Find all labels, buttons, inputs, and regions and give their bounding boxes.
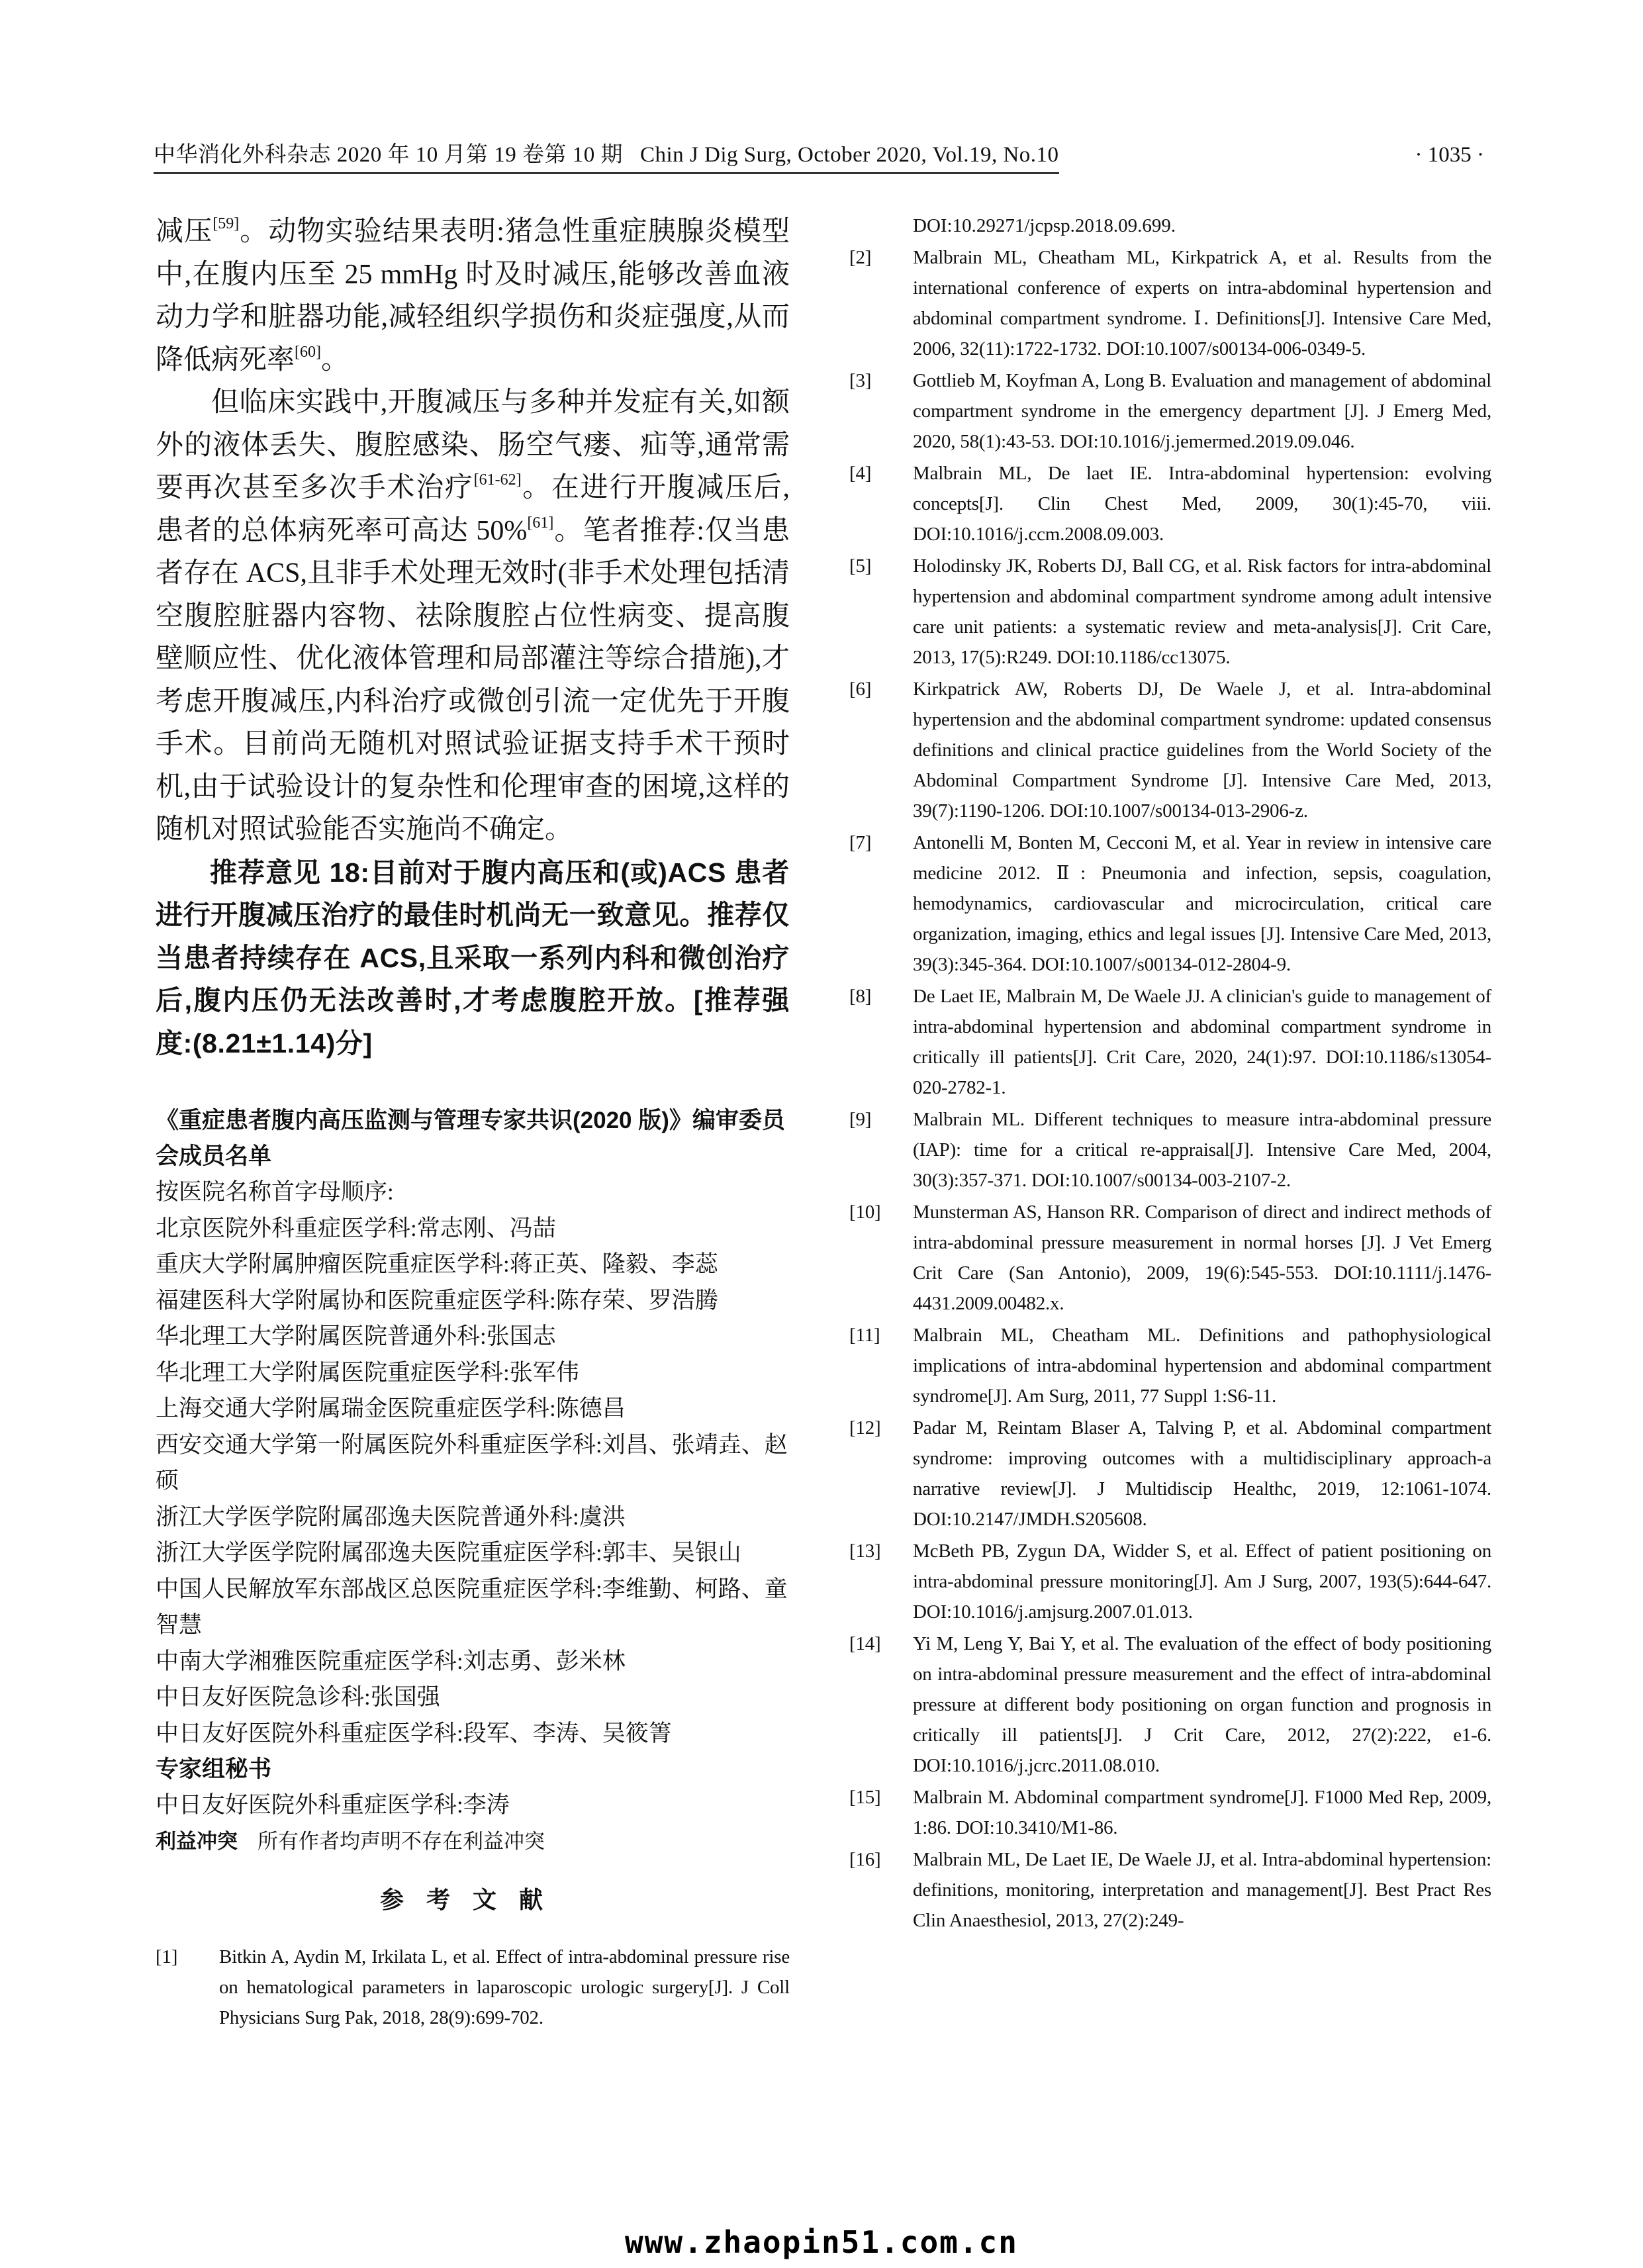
reference-item: [13]McBeth PB, Zygun DA, Widder S, et al… [849,1536,1491,1627]
reference-text: Bitkin A, Aydin M, Irkilata L, et al. Ef… [219,1946,790,2028]
reference-item: [7]Antonelli M, Bonten M, Cecconi M, et … [849,827,1491,980]
right-column: DOI:10.29271/jcpsp.2018.09.699. [2]Malbr… [849,211,1491,1937]
coi-label: 利益冲突 [156,1830,238,1853]
conflict-of-interest: 利益冲突所有作者均声明不存在利益冲突 [156,1824,790,1860]
reference-number: [3] [849,365,871,396]
citation-link[interactable]: [61] [527,514,553,532]
committee-member: 浙江大学医学院附属邵逸夫医院重症医学科:郭丰、吴银山 [156,1535,790,1572]
reference-number: [12] [849,1413,881,1443]
page-number: · 1035 · [1415,139,1484,171]
committee-member: 西安交通大学第一附属医院外科重症医学科:刘昌、张靖垚、赵硕 [156,1427,790,1499]
references-heading: 参考文献 [156,1882,790,1918]
committee-member: 福建医科大学附属协和医院重症医学科:陈存荣、罗浩腾 [156,1283,790,1319]
reference-number: [8] [849,981,871,1012]
citation-link[interactable]: [61-62] [474,471,522,489]
citation-link[interactable]: [59] [212,215,239,232]
journal-title-cn: 中华消化外科杂志 2020 年 10 月第 19 卷第 10 期 [154,143,623,167]
reference-text: McBeth PB, Zygun DA, Widder S, et al. Ef… [913,1540,1491,1623]
reference-number: [7] [849,827,871,858]
reference-text: Malbrain ML, Cheatham ML, Kirkpatrick A,… [913,247,1491,359]
body-paragraph-1: 减压[59]。动物实验结果表明:猪急性重症胰腺炎模型中,在腹内压至 25 mmH… [156,211,790,381]
reference-number: [13] [849,1536,881,1566]
reference-item: [9]Malbrain ML. Different techniques to … [849,1104,1491,1196]
text-run: 减压 [156,216,212,247]
reference-text: Malbrain ML, De Laet IE, De Waele JJ, et… [913,1849,1491,1931]
left-column: 减压[59]。动物实验结果表明:猪急性重症胰腺炎模型中,在腹内压至 25 mmH… [156,211,790,2034]
committee-title: 《重症患者腹内高压监测与管理专家共识(2020 版)》编审委员会成员名单 [156,1103,790,1174]
reference-number: [1] [156,1942,177,1972]
reference-item: [5]Holodinsky JK, Roberts DJ, Ball CG, e… [849,551,1491,673]
reference-text: Malbrain ML. Different techniques to mea… [913,1109,1491,1191]
committee-member: 北京医院外科重症医学科:常志刚、冯喆 [156,1211,790,1247]
reference-item: [12]Padar M, Reintam Blaser A, Talving P… [849,1413,1491,1535]
journal-citation-line: 中华消化外科杂志 2020 年 10 月第 19 卷第 10 期Chin J D… [154,139,1059,174]
committee-member: 上海交通大学附属瑞金医院重症医学科:陈德昌 [156,1391,790,1427]
reference-item: [6]Kirkpatrick AW, Roberts DJ, De Waele … [849,674,1491,826]
reference-item: [2]Malbrain ML, Cheatham ML, Kirkpatrick… [849,242,1491,364]
secretary-title: 专家组秘书 [156,1752,790,1787]
committee-member: 中日友好医院急诊科:张国强 [156,1679,790,1716]
reference-item: [11]Malbrain ML, Cheatham ML. Definition… [849,1320,1491,1411]
reference-number: [9] [849,1104,871,1135]
reference-number: [16] [849,1844,881,1875]
reference-number: [11] [849,1320,880,1350]
reference-text: De Laet IE, Malbrain M, De Waele JJ. A c… [913,986,1491,1098]
committee-member: 中南大学湘雅医院重症医学科:刘志勇、彭米林 [156,1644,790,1680]
reference-text: Malbrain M. Abdominal compartment syndro… [913,1787,1491,1838]
reference-number: [15] [849,1782,881,1813]
reference-text: Antonelli M, Bonten M, Cecconi M, et al.… [913,832,1491,975]
reference-item: [3]Gottlieb M, Koyfman A, Long B. Evalua… [849,365,1491,457]
watermark-url: www.zhaopin51.com.cn [0,2224,1643,2260]
running-header: 中华消化外科杂志 2020 年 10 月第 19 卷第 10 期Chin J D… [154,139,1484,176]
committee-member: 华北理工大学附属医院普通外科:张国志 [156,1319,790,1355]
reference-continuation[interactable]: DOI:10.29271/jcpsp.2018.09.699. [849,211,1491,241]
reference-number: [6] [849,674,871,704]
journal-title-en: Chin J Dig Surg, October 2020, Vol.19, N… [640,143,1059,167]
reference-text: Yi M, Leng Y, Bai Y, et al. The evaluati… [913,1633,1491,1776]
committee-member: 浙江大学医学院附属邵逸夫医院普通外科:虞洪 [156,1499,790,1536]
reference-text: Munsterman AS, Hanson RR. Comparison of … [913,1202,1491,1314]
reference-number: [4] [849,458,871,489]
citation-link[interactable]: [60] [295,344,321,361]
reference-text: Padar M, Reintam Blaser A, Talving P, et… [913,1417,1491,1530]
committee-member: 中国人民解放军东部战区总医院重症医学科:李维勤、柯路、童智慧 [156,1572,790,1644]
secretary-member: 中日友好医院外科重症医学科:李涛 [156,1787,790,1824]
text-run: 。动物实验结果表明:猪急性重症胰腺炎模型中,在腹内压至 25 mmHg 时及时减… [156,216,790,375]
reference-item: [8]De Laet IE, Malbrain M, De Waele JJ. … [849,981,1491,1103]
reference-text: Malbrain ML, Cheatham ML. Definitions an… [913,1325,1491,1407]
recommendation-18: 推荐意见 18:目前对于腹内高压和(或)ACS 患者进行开腹减压治疗的最佳时机尚… [156,851,790,1065]
reference-item: [16]Malbrain ML, De Laet IE, De Waele JJ… [849,1844,1491,1936]
committee-order-note: 按医院名称首字母顺序: [156,1174,790,1211]
committee-member: 华北理工大学附属医院重症医学科:张军伟 [156,1355,790,1392]
text-run: 。 [321,345,349,375]
reference-number: [2] [849,242,871,273]
reference-number: [5] [849,551,871,581]
reference-item: [14]Yi M, Leng Y, Bai Y, et al. The eval… [849,1629,1491,1781]
reference-text: Holodinsky JK, Roberts DJ, Ball CG, et a… [913,555,1491,668]
reference-item: [15]Malbrain M. Abdominal compartment sy… [849,1782,1491,1843]
reference-item: [1] Bitkin A, Aydin M, Irkilata L, et al… [156,1942,790,2033]
body-paragraph-2: 但临床实践中,开腹减压与多种并发症有关,如额外的液体丢失、腹腔感染、肠空气瘘、疝… [156,381,790,851]
coi-text: 所有作者均声明不存在利益冲突 [258,1830,545,1853]
reference-item: [10]Munsterman AS, Hanson RR. Comparison… [849,1197,1491,1319]
committee-member: 重庆大学附属肿瘤医院重症医学科:蒋正英、隆毅、李蕊 [156,1247,790,1283]
reference-number: [10] [849,1197,881,1227]
reference-item: [4]Malbrain ML, De laet IE. Intra-abdomi… [849,458,1491,549]
reference-text: Malbrain ML, De laet IE. Intra-abdominal… [913,463,1491,545]
committee-member: 中日友好医院外科重症医学科:段军、李涛、吴筱箐 [156,1716,790,1752]
reference-number: [14] [849,1629,881,1659]
text-run: 。笔者推荐:仅当患者存在 ACS,且非手术处理无效时(非手术处理包括清空腹腔脏器… [156,516,790,845]
reference-text: Gottlieb M, Koyfman A, Long B. Evaluatio… [913,370,1491,452]
reference-text: Kirkpatrick AW, Roberts DJ, De Waele J, … [913,679,1491,822]
